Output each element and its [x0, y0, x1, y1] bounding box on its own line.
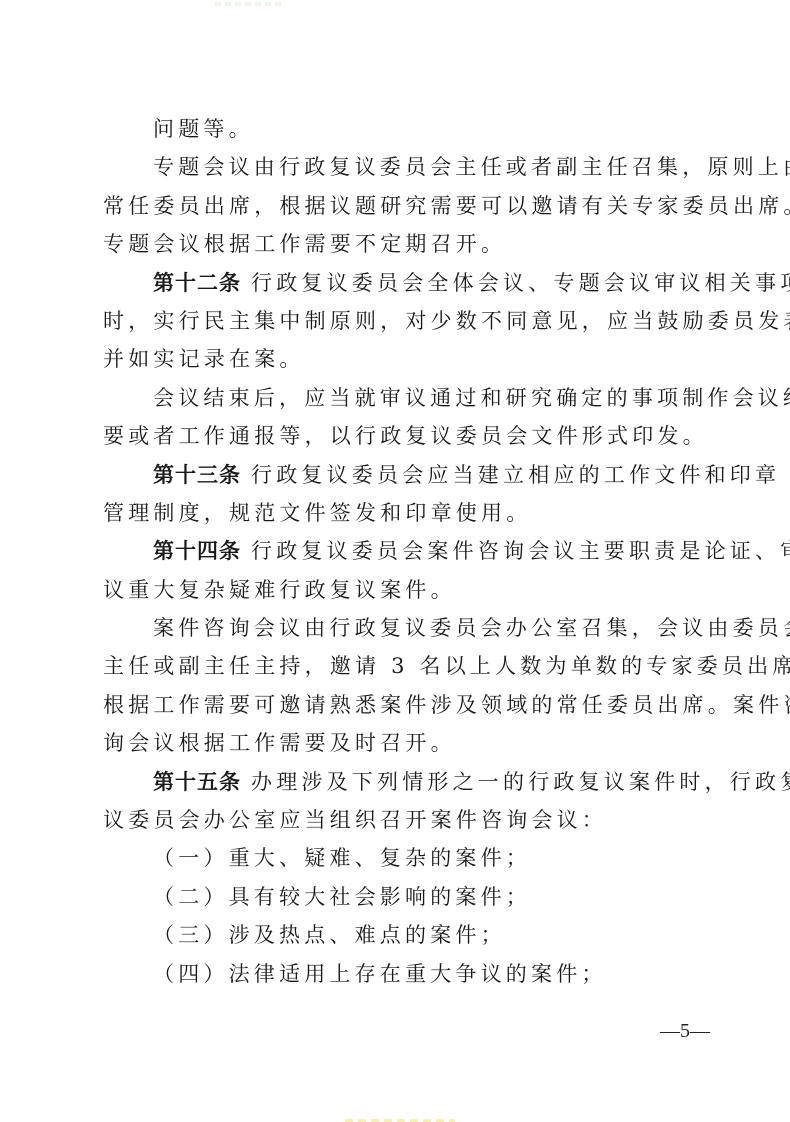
- page-number: —5—: [660, 1020, 710, 1043]
- line-text: （二）具有较大社会影响的案件；: [153, 885, 531, 909]
- line-text: 时，实行民主集中制原则，对少数不同意见，应当鼓励委员发表，: [103, 309, 790, 333]
- article-number: 第十四条: [153, 538, 241, 563]
- line-text: 主任或副主任主持，邀请 3 名以上人数为单数的专家委员出席，: [103, 654, 790, 678]
- line-text: 并如实记录在案。: [103, 347, 305, 371]
- article-number: 第十三条: [153, 462, 241, 487]
- article-15-heading-line: 第十五条办理涉及下列情形之一的行政复议案件时，行政复: [103, 763, 713, 801]
- line-text: 管理制度，规范文件签发和印章使用。: [103, 501, 531, 525]
- paragraph-line: 议委员会办公室应当组织召开案件咨询会议：: [103, 801, 713, 839]
- list-item: （四）法律适用上存在重大争议的案件；: [103, 955, 713, 993]
- paragraph-line: 根据工作需要可邀请熟悉案件涉及领域的常任委员出席。案件咨: [103, 686, 713, 724]
- article-number: 第十二条: [153, 270, 241, 295]
- article-12-heading-line: 第十二条行政复议委员会全体会议、专题会议审议相关事项: [103, 264, 713, 302]
- article-number: 第十五条: [153, 769, 241, 794]
- line-text: （一）重大、疑难、复杂的案件；: [153, 846, 531, 870]
- paragraph-line: 询会议根据工作需要及时召开。: [103, 724, 713, 762]
- article-14-heading-line: 第十四条行政复议委员会案件咨询会议主要职责是论证、审: [103, 532, 713, 570]
- line-text: 议重大复杂疑难行政复议案件。: [103, 578, 456, 602]
- scan-artifact: [215, 2, 285, 6]
- line-text: （四）法律适用上存在重大争议的案件；: [153, 962, 607, 986]
- paragraph-line: 专题会议由行政复议委员会主任或者副主任召集，原则上由: [103, 148, 713, 186]
- line-text: 议委员会办公室应当组织召开案件咨询会议：: [103, 808, 607, 832]
- paragraph-line: 会议结束后，应当就审议通过和研究确定的事项制作会议纪: [103, 379, 713, 417]
- paragraph-line: 专题会议根据工作需要不定期召开。: [103, 225, 713, 263]
- document-page: 问题等。 专题会议由行政复议委员会主任或者副主任召集，原则上由 常任委员出席，根…: [0, 0, 790, 1122]
- paragraph-line: 要或者工作通报等，以行政复议委员会文件形式印发。: [103, 417, 713, 455]
- paragraph-line: 主任或副主任主持，邀请 3 名以上人数为单数的专家委员出席，: [103, 647, 713, 685]
- line-text: 行政复议委员会全体会议、专题会议审议相关事项: [251, 271, 790, 295]
- line-text: 要或者工作通报等，以行政复议委员会文件形式印发。: [103, 424, 708, 448]
- paragraph-line: 时，实行民主集中制原则，对少数不同意见，应当鼓励委员发表，: [103, 302, 713, 340]
- line-text: 案件咨询会议由行政复议委员会办公室召集，会议由委员会: [153, 616, 790, 640]
- list-item: （三）涉及热点、难点的案件；: [103, 916, 713, 954]
- line-text: 专题会议由行政复议委员会主任或者副主任召集，原则上由: [153, 155, 790, 179]
- paragraph-line: 问题等。: [103, 110, 713, 148]
- line-text: （三）涉及热点、难点的案件；: [153, 923, 506, 947]
- paragraph-line: 管理制度，规范文件签发和印章使用。: [103, 494, 713, 532]
- line-text: 根据工作需要可邀请熟悉案件涉及领域的常任委员出席。案件咨: [103, 693, 790, 717]
- paragraph-line: 并如实记录在案。: [103, 340, 713, 378]
- line-text: 问题等。: [153, 117, 254, 141]
- list-item: （二）具有较大社会影响的案件；: [103, 878, 713, 916]
- line-text: 行政复议委员会应当建立相应的工作文件和印章: [251, 463, 780, 487]
- line-text: 询会议根据工作需要及时召开。: [103, 731, 456, 755]
- line-text: 会议结束后，应当就审议通过和研究确定的事项制作会议纪: [153, 386, 790, 410]
- article-13-heading-line: 第十三条行政复议委员会应当建立相应的工作文件和印章: [103, 456, 713, 494]
- paragraph-line: 常任委员出席，根据议题研究需要可以邀请有关专家委员出席。: [103, 187, 713, 225]
- paragraph-line: 议重大复杂疑难行政复议案件。: [103, 571, 713, 609]
- list-item: （一）重大、疑难、复杂的案件；: [103, 839, 713, 877]
- paragraph-line: 案件咨询会议由行政复议委员会办公室召集，会议由委员会: [103, 609, 713, 647]
- line-text: 办理涉及下列情形之一的行政复议案件时，行政复: [251, 770, 790, 794]
- line-text: 行政复议委员会案件咨询会议主要职责是论证、审: [251, 539, 790, 563]
- document-body: 问题等。 专题会议由行政复议委员会主任或者副主任召集，原则上由 常任委员出席，根…: [103, 110, 713, 993]
- line-text: 常任委员出席，根据议题研究需要可以邀请有关专家委员出席。: [103, 194, 790, 218]
- line-text: 专题会议根据工作需要不定期召开。: [103, 232, 506, 256]
